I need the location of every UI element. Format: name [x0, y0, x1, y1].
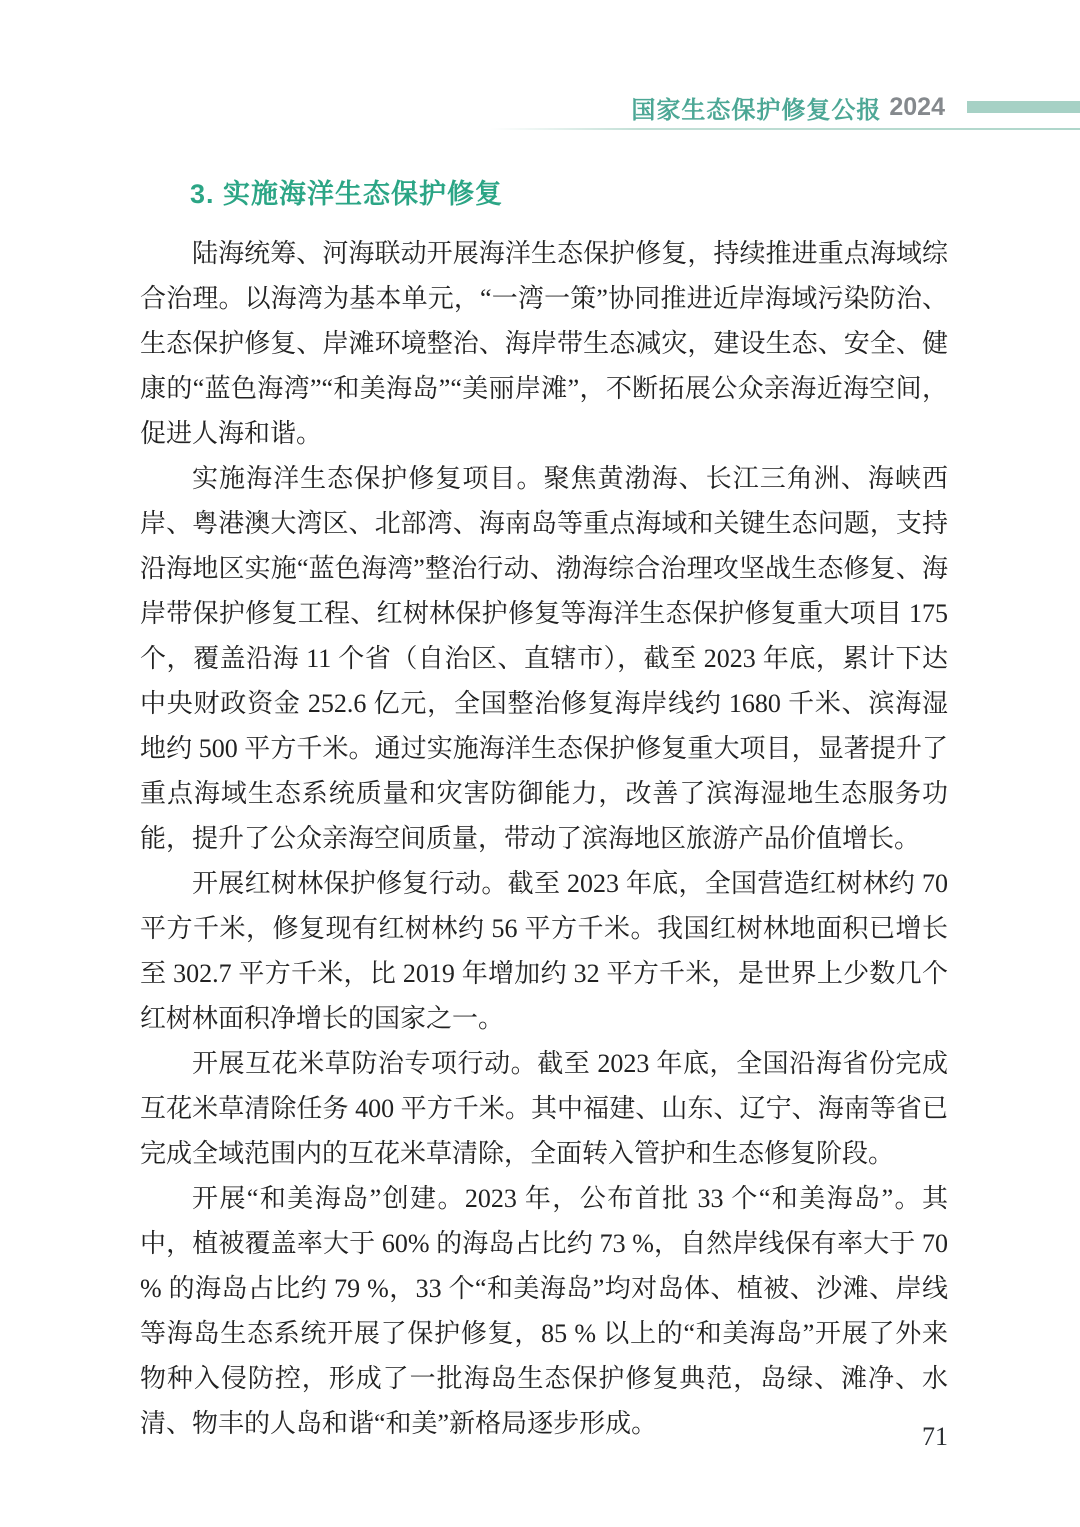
page-header: 国家生态保护修复公报 2024: [0, 94, 1080, 130]
document-page: 国家生态保护修复公报 2024 3. 实施海洋生态保护修复 陆海统筹、河海联动开…: [0, 0, 1080, 1527]
paragraph-2: 实施海洋生态保护修复项目。聚焦黄渤海、长江三角洲、海峡西岸、粤港澳大湾区、北部湾…: [140, 456, 948, 861]
header-accent-bar: [967, 101, 1080, 113]
page-number: 71: [922, 1422, 948, 1452]
document-body: 3. 实施海洋生态保护修复 陆海统筹、河海联动开展海洋生态保护修复，持续推进重点…: [140, 172, 948, 1446]
header-title: 国家生态保护修复公报: [631, 90, 881, 125]
paragraph-4: 开展互花米草防治专项行动。截至 2023 年底，全国沿海省份完成互花米草清除任务…: [140, 1041, 948, 1176]
section-heading: 3. 实施海洋生态保护修复: [190, 172, 948, 211]
header-year: 2024: [889, 93, 945, 122]
paragraph-5: 开展“和美海岛”创建。2023 年，公布首批 33 个“和美海岛”。其中，植被覆…: [140, 1176, 948, 1446]
header-line: 国家生态保护修复公报 2024: [0, 94, 1080, 120]
paragraph-1: 陆海统筹、河海联动开展海洋生态保护修复，持续推进重点海域综合治理。以海湾为基本单…: [140, 231, 948, 456]
header-rule: [490, 128, 1080, 130]
paragraph-3: 开展红树林保护修复行动。截至 2023 年底，全国营造红树林约 70 平方千米，…: [140, 861, 948, 1041]
